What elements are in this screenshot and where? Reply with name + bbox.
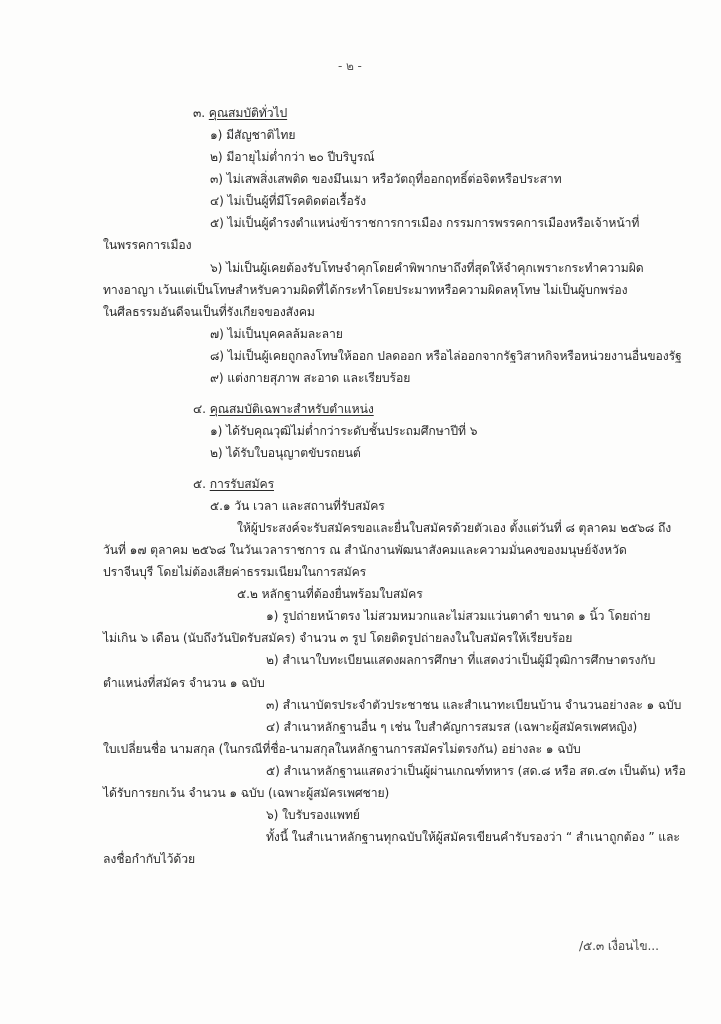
list-item: ๔) สำเนาหลักฐานอื่น ๆ เช่น ใบสำคัญการสมร… (266, 719, 637, 735)
list-item-continuation: ตำแหน่งที่สมัคร จำนวน ๑ ฉบับ (103, 675, 265, 691)
section-5-heading: ๕. การรับสมัคร (193, 476, 274, 492)
paragraph-line: วันที่ ๑๗ ตุลาคม ๒๕๖๘ ในวันเวลาราชการ ณ … (103, 542, 627, 558)
section-number: ๓. (193, 106, 205, 120)
list-item: ๑) ได้รับคุณวุฒิไม่ต่ำกว่าระดับชั้นประถม… (210, 423, 477, 439)
section-number: ๔. (193, 402, 206, 416)
list-item: ๖) ไม่เป็นผู้เคยต้องรับโทษจำคุกโดยคำพิพา… (210, 260, 644, 276)
section-3-heading: ๓. คุณสมบัติทั่วไป (193, 105, 287, 121)
subsection-title: ๕.๑ วัน เวลา และสถานที่รับสมัคร (210, 498, 385, 514)
list-item: ๖) ใบรับรองแพทย์ (266, 807, 360, 823)
list-item: ๓) ไม่เสพสิ่งเสพติด ของมึนเมา หรือวัตถุท… (210, 171, 562, 187)
list-item: ๙) แต่งกายสุภาพ สะอาด และเรียบร้อย (210, 370, 410, 386)
list-item: ๑) มีสัญชาติไทย (210, 127, 295, 143)
section-title: คุณสมบัติทั่วไป (209, 106, 287, 120)
list-item-continuation: ในพรรคการเมือง (103, 237, 192, 253)
paragraph-line: ปราจีนบุรี โดยไม่ต้องเสียค่าธรรมเนียมในก… (103, 564, 366, 580)
list-item: ๒) ได้รับใบอนุญาตขับรถยนต์ (210, 445, 361, 461)
list-item: ๘) ไม่เป็นผู้เคยถูกลงโทษให้ออก ปลดออก หร… (210, 348, 682, 364)
list-item: ๑) รูปถ่ายหน้าตรง ไม่สวมหมวกและไม่สวมแว่… (266, 608, 650, 624)
section-number: ๕. (193, 477, 206, 491)
list-item: ๕) สำเนาหลักฐานแสดงว่าเป็นผู้ผ่านเกณฑ์ทห… (266, 763, 686, 779)
list-item: ๗) ไม่เป็นบุคคลล้มละลาย (210, 326, 343, 342)
list-item-continuation: ไม่เกิน ๖ เดือน (นับถึงวันปิดรับสมัคร) จ… (103, 630, 572, 646)
list-item: ๕) ไม่เป็นผู้ดำรงตำแหน่งข้าราชการการเมือ… (210, 215, 639, 231)
section-title: การรับสมัคร (210, 477, 274, 491)
list-item: ๔) ไม่เป็นผู้ที่มีโรคติดต่อเรื้อรัง (210, 193, 366, 209)
paragraph-line: ลงชื่อกำกับไว้ด้วย (103, 851, 195, 867)
list-item: ๓) สำเนาบัตรประจำตัวประชาชน และสำเนาทะเบ… (266, 697, 681, 713)
list-item-continuation: ในศีลธรรมอันดีจนเป็นที่รังเกียจของสังคม (103, 304, 315, 320)
list-item-continuation: ทางอาญา เว้นแต่เป็นโทษสำหรับความผิดที่ได… (103, 282, 627, 298)
section-4-heading: ๔. คุณสมบัติเฉพาะสำหรับตำแหน่ง (193, 401, 374, 417)
continuation-note: /๕.๓ เงื่อนไข... (579, 938, 659, 954)
list-item: ๒) สำเนาใบทะเบียนแสดงผลการศึกษา ที่แสดงว… (266, 652, 655, 668)
list-item: ๒) มีอายุไม่ต่ำกว่า ๒๐ ปีบริบูรณ์ (210, 149, 375, 165)
list-item-continuation: ใบเปลี่ยนชื่อ นามสกุล (ในกรณีที่ชื่อ-นาม… (103, 741, 581, 757)
paragraph-line: ให้ผู้ประสงค์จะรับสมัครขอและยื่นใบสมัครด… (237, 520, 671, 536)
list-item-continuation: ได้รับการยกเว้น จำนวน ๑ ฉบับ (เฉพาะผู้สม… (103, 785, 389, 801)
subsection-title: ๕.๒ หลักฐานที่ต้องยื่นพร้อมใบสมัคร (237, 586, 423, 602)
page-number: - ๒ - (338, 58, 362, 74)
section-title: คุณสมบัติเฉพาะสำหรับตำแหน่ง (210, 402, 374, 416)
paragraph-line: ทั้งนี้ ในสำเนาหลักฐานทุกฉบับให้ผู้สมัคร… (266, 829, 680, 845)
